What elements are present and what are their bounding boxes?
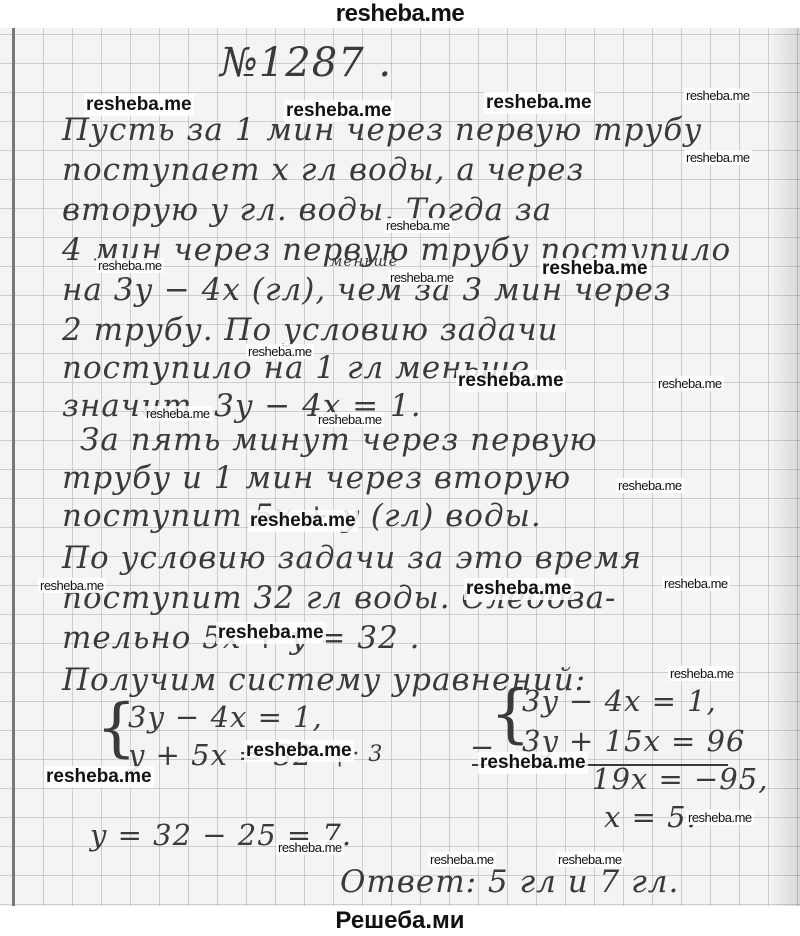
watermark: resheba.me [44, 766, 154, 788]
watermark: resheba.me [144, 406, 212, 421]
problem-number: №1287 . [220, 40, 392, 86]
watermark: resheba.me [668, 666, 736, 681]
inserted-note: меньше [330, 252, 398, 270]
watermark: resheba.me [388, 270, 456, 285]
solution-line: По условию задачи за это время [62, 540, 642, 576]
watermark: resheba.me [484, 92, 594, 114]
answer-line: Ответ: 5 гл и 7 гл. [340, 864, 679, 900]
watermark: resheba.me [556, 852, 624, 867]
system-right-eq1: 3y − 4x = 1, [522, 684, 717, 718]
watermark: resheba.me [616, 478, 684, 493]
page-edge-shadow [770, 28, 800, 906]
watermark: resheba.me [276, 840, 344, 855]
watermark: resheba.me [316, 412, 384, 427]
watermark: resheba.me [84, 94, 194, 116]
watermark: resheba.me [216, 622, 326, 644]
solution-line: поступает x гл воды, а через [62, 152, 584, 188]
site-footer-watermark: Решеба.ми [0, 906, 800, 936]
watermark: resheba.me [38, 578, 106, 593]
watermark: resheba.me [478, 752, 588, 774]
watermark: resheba.me [96, 258, 164, 273]
solution-line: трубу и 1 мин через вторую [62, 460, 571, 496]
system-result2: x = 5. [604, 800, 697, 834]
watermark: resheba.me [428, 852, 496, 867]
watermark: resheba.me [384, 218, 452, 233]
page-margin-line [12, 28, 15, 906]
watermark: resheba.me [684, 150, 752, 165]
watermark: resheba.me [464, 578, 574, 600]
system-result1: 19x = −95, [592, 762, 768, 796]
solution-line: За пять минут через первую [80, 422, 598, 458]
watermark: resheba.me [540, 258, 650, 280]
watermark: resheba.me [686, 810, 754, 825]
solution-line: вторую y гл. воды. Тогда за [62, 192, 552, 228]
watermark: resheba.me [248, 510, 358, 532]
watermark: resheba.me [456, 370, 566, 392]
watermark: resheba.me [246, 344, 314, 359]
watermark: resheba.me [684, 88, 752, 103]
system-left-eq1: 3y − 4x = 1, [128, 700, 323, 734]
solution-line: 2 трубу. По условию задачи [62, 312, 559, 348]
watermark: resheba.me [662, 576, 730, 591]
watermark: resheba.me [656, 376, 724, 391]
watermark: resheba.me [244, 740, 354, 762]
watermark: resheba.me [284, 100, 394, 122]
site-header-watermark: resheba.me [0, 0, 800, 28]
